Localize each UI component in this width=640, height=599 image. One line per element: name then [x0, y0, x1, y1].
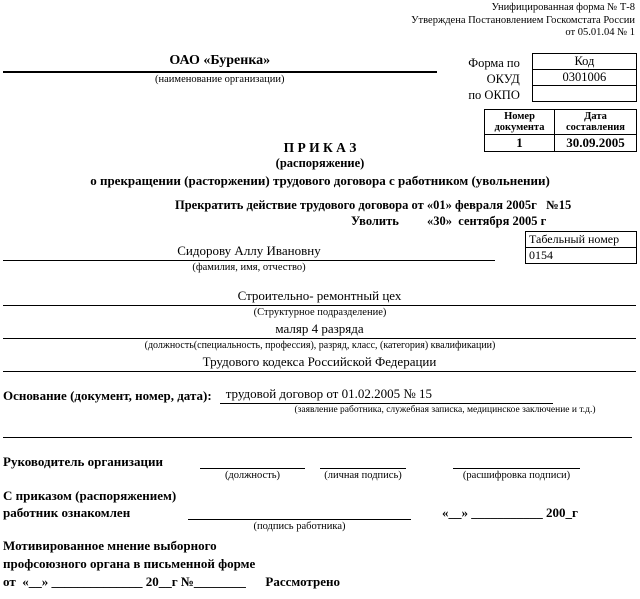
okud-labels: Форма по ОКУД по ОКПО [437, 53, 520, 103]
okud-code-value: 0301006 [532, 69, 636, 85]
termination-basis-value: Трудового кодекса Российской Федерации [3, 354, 636, 372]
acknowledgement-row: работник ознакомлен (подпись работника) … [3, 505, 637, 533]
org-band: ОАО «Буренка» (наименование организации)… [3, 53, 637, 103]
employee-band: Табельный номер 0154 Сидорову Аллу Ивано… [3, 231, 637, 285]
doc-subtitle: (распоряжение) [3, 156, 637, 171]
head-signature-transcript-caption: (расшифровка подписи) [453, 469, 580, 482]
department-value: Строительно- ремонтный цех [3, 288, 636, 306]
acknowledgement-block: С приказом (распоряжением) работник озна… [3, 488, 637, 533]
org-block: ОАО «Буренка» (наименование организации) [3, 53, 437, 86]
head-signature-row: Руководитель организации (должность) (ли… [3, 454, 637, 482]
head-signature-label: Руководитель организации [3, 454, 190, 470]
position-value: маляр 4 разряда [3, 321, 636, 339]
grounds-row: Основание (документ, номер, дата): трудо… [3, 386, 637, 404]
code-table-header: Код [532, 53, 636, 69]
doc-date-value: 30.09.2005 [555, 134, 637, 151]
acknowledgement-line2: работник ознакомлен [3, 505, 188, 521]
acknowledgement-date-blank: «__» ___________ 200_г [442, 505, 578, 521]
personnel-number-header: Табельный номер [526, 231, 637, 247]
employee-name-caption: (фамилия, имя, отчество) [3, 261, 495, 274]
org-name: ОАО «Буренка» [3, 53, 437, 73]
okud-label: Форма по ОКУД [437, 55, 520, 87]
grounds-blank-line [3, 416, 632, 438]
grounds-value: трудовой договор от 01.02.2005 № 15 [220, 386, 553, 404]
signature-line [453, 454, 580, 469]
form-meta-block: Унифицированная форма № Т-8 Утверждена П… [3, 2, 637, 40]
union-opinion-line3: от «__» ______________ 20__г №________ Р… [3, 573, 637, 591]
personnel-number-table: Табельный номер 0154 [525, 231, 637, 264]
union-opinion-block: Мотивированное мнение выборного профсоюз… [3, 537, 637, 591]
org-name-caption: (наименование организации) [3, 73, 437, 86]
grounds-label: Основание (документ, номер, дата): [3, 388, 212, 404]
code-table: Код 0301006 [532, 53, 637, 102]
union-opinion-line1: Мотивированное мнение выборного [3, 537, 637, 555]
form-meta-line1: Унифицированная форма № Т-8 [3, 2, 635, 15]
worker-signature-blank: (подпись работника) [188, 505, 411, 533]
doc-date-header: Дата составления [555, 109, 637, 134]
form-meta-line3: от 05.01.04 № 1 [3, 27, 635, 40]
order-line1: Прекратить действие трудового договора о… [175, 197, 637, 213]
doc-number-value: 1 [485, 134, 555, 151]
form-meta-line2: Утверждена Постановлением Госкомстата Ро… [3, 15, 635, 28]
doc-number-header: Номер документа [485, 109, 555, 134]
okpo-label: по ОКПО [437, 87, 520, 103]
head-personal-signature-caption: (личная подпись) [320, 469, 406, 482]
worker-signature-caption: (подпись работника) [188, 520, 411, 533]
head-personal-signature-blank: (личная подпись) [320, 454, 406, 482]
acknowledgement-line1: С приказом (распоряжением) [3, 488, 637, 504]
signature-line [200, 454, 305, 469]
doc-number-table: Номер документа Дата составления 1 30.09… [484, 109, 637, 152]
title-band: Номер документа Дата составления 1 30.09… [3, 109, 637, 187]
department-caption: (Структурное подразделение) [3, 306, 637, 319]
union-opinion-line2: профсоюзного органа в письменной форме [3, 555, 637, 573]
order-line2: Уволить «30» сентября 2005 г [351, 213, 637, 229]
head-position-caption: (должность) [200, 469, 305, 482]
doc-subject: о прекращении (расторжении) трудового до… [3, 173, 637, 189]
signature-line [188, 505, 411, 520]
head-signature-transcript-blank: (расшифровка подписи) [453, 454, 580, 482]
personnel-number-value: 0154 [526, 247, 637, 263]
employee-name-block: Сидорову Аллу Ивановну (фамилия, имя, от… [3, 243, 495, 274]
signature-line [320, 454, 406, 469]
head-position-blank: (должность) [200, 454, 305, 482]
document-page: Унифицированная форма № Т-8 Утверждена П… [0, 0, 640, 599]
grounds-caption: (заявление работника, служебная записка,… [256, 404, 634, 416]
employee-name: Сидорову Аллу Ивановну [3, 243, 495, 261]
position-caption: (должность(специальность, профессия), ра… [3, 339, 637, 352]
okpo-code-value [532, 85, 636, 101]
